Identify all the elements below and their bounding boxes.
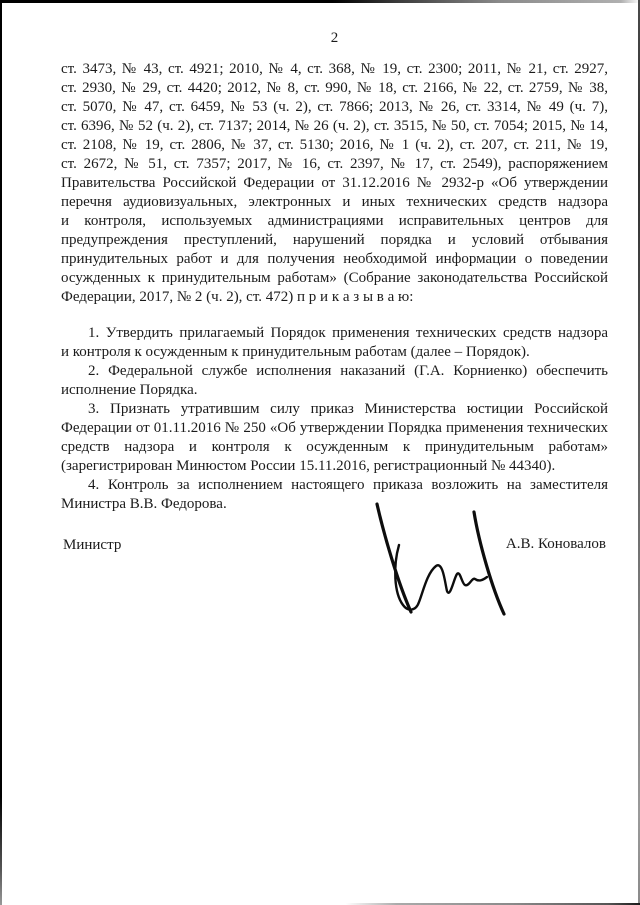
- text-line: Федерации, 2017, № 2 (ч. 2), ст. 472) п …: [61, 288, 608, 307]
- text-line: перечня аудиовизуальных, электронных и и…: [61, 193, 608, 212]
- continuation-paragraph: ст. 3473, № 43, ст. 4921; 2010, № 4, ст.…: [61, 60, 608, 307]
- text-line: ст. 5070, № 47, ст. 6459, № 53 (ч. 2), с…: [61, 98, 608, 117]
- document-page: 2 ст. 3473, № 43, ст. 4921; 2010, № 4, с…: [0, 0, 640, 905]
- text-line: ст. 2672, № 51, ст. 7357; 2017, № 16, ст…: [61, 155, 608, 174]
- text-line: Федерации от 01.11.2016 № 250 «Об утверж…: [61, 419, 608, 438]
- text-line: 4. Контроль за исполнением настоящего пр…: [61, 476, 608, 495]
- text-line: 2. Федеральной службе исполнения наказан…: [61, 362, 608, 381]
- signer-name-label: А.В. Коновалов: [506, 535, 606, 554]
- text-line: осужденных к принудительным работам» (Со…: [61, 269, 608, 288]
- text-line: ст. 6396, № 52 (ч. 2), ст. 7137; 2014, №…: [61, 117, 608, 136]
- handwritten-signature-icon: [365, 498, 510, 623]
- text-line: 3. Признать утратившим силу приказ Минис…: [61, 400, 608, 419]
- text-line: Правительства Российской Федерации от 31…: [61, 174, 608, 193]
- text-line: и контроля, используемых администрациями…: [61, 212, 608, 231]
- text-line: принудительных работ и для получения нео…: [61, 250, 608, 269]
- text-line: ст. 3473, № 43, ст. 4921; 2010, № 4, ст.…: [61, 60, 608, 79]
- numbered-item: 1. Утвердить прилагаемый Порядок примене…: [61, 324, 608, 362]
- text-line: 1. Утвердить прилагаемый Порядок примене…: [61, 324, 608, 343]
- text-line: Министра В.В. Федорова.: [61, 495, 608, 514]
- numbered-item: 2. Федеральной службе исполнения наказан…: [61, 362, 608, 400]
- text-line: и контроля к осужденным к принудительным…: [61, 343, 608, 362]
- text-line: ст. 2108, № 19, ст. 2806, № 37, ст. 5130…: [61, 136, 608, 155]
- page-number: 2: [61, 30, 608, 47]
- text-line: ст. 2930, № 29, ст. 4420; 2012, № 8, ст.…: [61, 79, 608, 98]
- scan-border-top: [0, 0, 640, 3]
- document-body: ст. 3473, № 43, ст. 4921; 2010, № 4, ст.…: [61, 60, 608, 514]
- scan-border-left: [0, 0, 2, 905]
- text-line: средств надзора и контроля к осужденным …: [61, 438, 608, 457]
- text-line: предупреждения преступлений, нарушений п…: [61, 231, 608, 250]
- minister-title-label: Министр: [63, 536, 121, 555]
- numbered-item: 4. Контроль за исполнением настоящего пр…: [61, 476, 608, 514]
- text-line: (зарегистрирован Минюстом России 15.11.2…: [61, 457, 608, 476]
- numbered-item: 3. Признать утратившим силу приказ Минис…: [61, 400, 608, 476]
- text-line: исполнение Порядка.: [61, 381, 608, 400]
